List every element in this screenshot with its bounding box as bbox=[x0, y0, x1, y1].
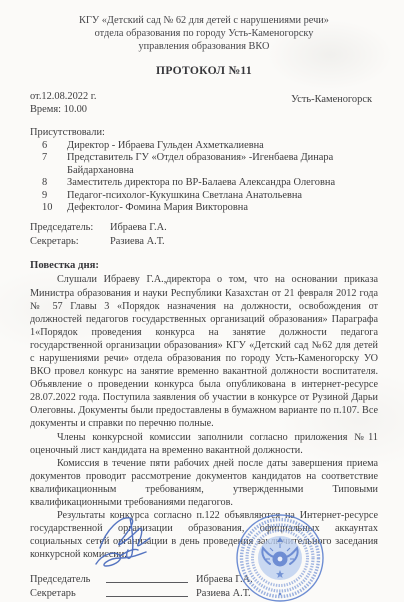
agenda-paragraph-3: Комиссия в течение пяти рабочих дней пос… bbox=[30, 457, 378, 509]
attendee-name: Педагог-психолог-Кукушкина Светлана Анат… bbox=[67, 190, 366, 202]
document-title: ПРОТОКОЛ №11 bbox=[30, 64, 378, 77]
chairman-sign-role: Председатель bbox=[30, 574, 100, 585]
attendee-name: Заместитель директора по ВР-Балаева Алек… bbox=[67, 177, 366, 189]
secretary-sign-role: Секретарь bbox=[30, 588, 100, 599]
agenda-heading: Повестка дня: bbox=[30, 259, 378, 271]
protocol-document-page: КГУ «Детский сад № 62 для детей с наруше… bbox=[0, 0, 404, 602]
attendee-row: 10 Дефектолог- Фомина Мария Викторовна bbox=[30, 202, 366, 214]
secretary-signature-line bbox=[106, 595, 188, 597]
attendee-name: Представитель ГУ «Отдел образования» -Иг… bbox=[67, 152, 366, 177]
chairman-name: Ибраева Г.А. bbox=[110, 222, 167, 233]
agenda-paragraph-4: Результаты конкурса согласно п.122 объяв… bbox=[30, 509, 378, 561]
attendee-number: 7 bbox=[42, 152, 58, 177]
attendee-row: 6 Директор - Ибраева Гульден Ахметкалиев… bbox=[30, 140, 366, 152]
attendee-name: Дефектолог- Фомина Мария Викторовна bbox=[67, 202, 366, 214]
attendees-list: 6 Директор - Ибраева Гульден Ахметкалиев… bbox=[30, 140, 366, 214]
secretary-sign-name: Разиева А.Т. bbox=[196, 588, 251, 599]
organization-header: КГУ «Детский сад № 62 для детей с наруше… bbox=[30, 14, 378, 53]
attendee-name: Директор - Ибраева Гульден Ахметкалиевна bbox=[67, 140, 366, 152]
protocol-city: Усть-Каменогорск bbox=[291, 93, 372, 106]
chairman-signature-line bbox=[106, 581, 188, 583]
secretary-line: Секретарь:Разиева А.Т. bbox=[30, 235, 378, 249]
org-line-1: КГУ «Детский сад № 62 для детей с наруше… bbox=[30, 14, 378, 27]
chairman-line: Председатель:Ибраева Г.А. bbox=[30, 221, 378, 235]
attendee-number: 9 bbox=[42, 190, 58, 202]
signature-block: Председатель Ибраева Г.А. Секретарь Рази… bbox=[30, 571, 378, 599]
attendee-row: 8 Заместитель директора по ВР-Балаева Ал… bbox=[30, 177, 366, 189]
attendee-number: 6 bbox=[42, 140, 58, 152]
org-line-3: управления образования ВКО bbox=[30, 40, 378, 53]
chairman-role-label: Председатель: bbox=[30, 221, 110, 235]
agenda-paragraph-1: Слушали Ибраеву Г.А.,директора о том, чт… bbox=[30, 273, 378, 430]
chairman-signature-row: Председатель Ибраева Г.А. bbox=[30, 571, 378, 585]
attendee-row: 9 Педагог-психолог-Кукушкина Светлана Ан… bbox=[30, 190, 366, 202]
attendee-number: 8 bbox=[42, 177, 58, 189]
chairman-sign-name: Ибраева Г.А. bbox=[196, 574, 253, 585]
org-line-2: отдела образования по городу Усть-Камено… bbox=[30, 27, 378, 40]
meta-row: от.12.08.2022 г. Время: 10.00 Усть-Камен… bbox=[30, 90, 378, 116]
secretary-signature-row: Секретарь Разиева А.Т. bbox=[30, 585, 378, 599]
secretary-name: Разиева А.Т. bbox=[110, 236, 165, 247]
attendee-row: 7 Представитель ГУ «Отдел образования» -… bbox=[30, 152, 366, 177]
secretary-role-label: Секретарь: bbox=[30, 235, 110, 249]
commission-officers: Председатель:Ибраева Г.А. Секретарь:Рази… bbox=[30, 221, 378, 248]
attendee-number: 10 bbox=[42, 202, 58, 214]
attendees-label: Присутствовали: bbox=[30, 127, 378, 138]
agenda-paragraph-2: Члены конкурсной комиссии заполнили согл… bbox=[30, 431, 378, 457]
